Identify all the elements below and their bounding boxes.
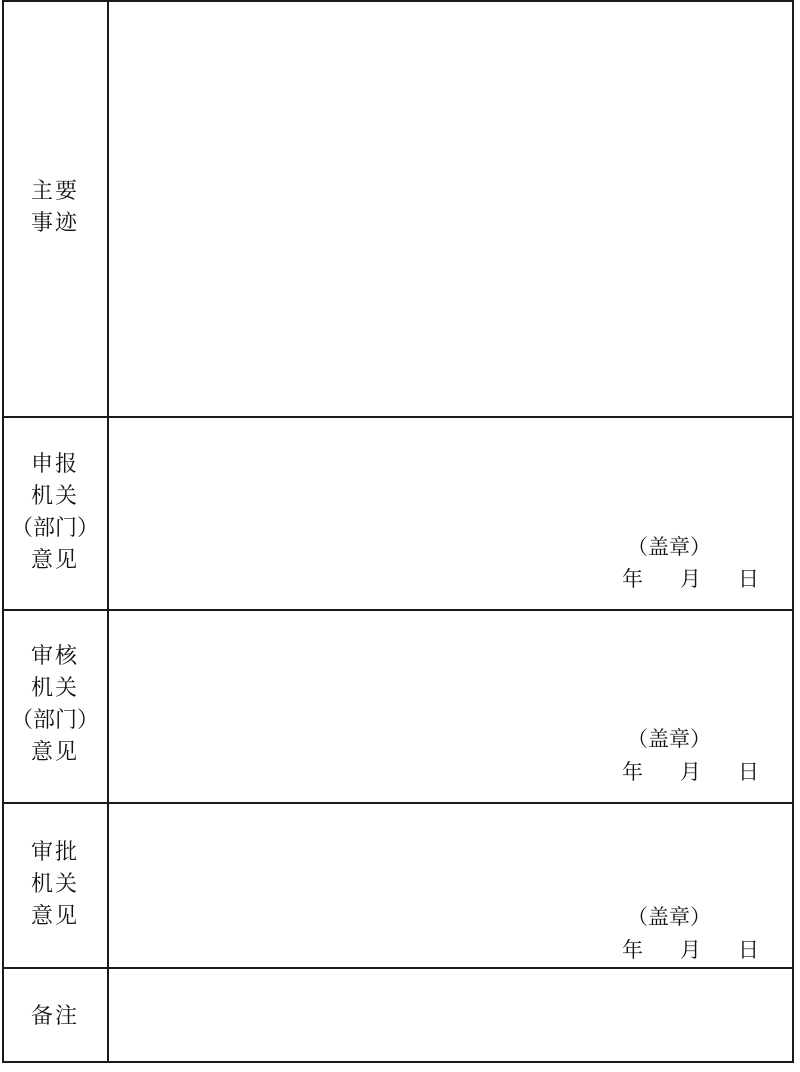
- row-label-report-opinion: 申报 机关 （部门） 意见: [2, 449, 108, 577]
- label-line: 审批: [2, 837, 108, 869]
- date-label: 年 月 日: [622, 756, 767, 788]
- label-line: 主要: [2, 176, 108, 208]
- label-line: 事迹: [2, 208, 108, 240]
- seal-label: （盖章）: [627, 531, 711, 563]
- label-line: （部门）: [2, 513, 108, 545]
- remarks-field[interactable]: [110, 969, 791, 1061]
- label-line: 备注: [2, 1001, 108, 1033]
- label-line: 机关: [2, 673, 108, 705]
- label-line: 意见: [2, 901, 108, 933]
- row-label-review-opinion: 审核 机关 （部门） 意见: [2, 641, 108, 769]
- label-line: 意见: [2, 545, 108, 577]
- date-label: 年 月 日: [622, 563, 767, 595]
- label-line: 意见: [2, 737, 108, 769]
- row-label-main-deeds: 主要 事迹: [2, 176, 108, 240]
- label-line: 机关: [2, 869, 108, 901]
- label-line: 机关: [2, 481, 108, 513]
- seal-label: （盖章）: [627, 901, 711, 933]
- row-label-approval-opinion: 审批 机关 意见: [2, 837, 108, 933]
- date-label: 年 月 日: [622, 934, 767, 966]
- table-border-right: [792, 0, 794, 1063]
- label-line: （部门）: [2, 705, 108, 737]
- label-line: 审核: [2, 641, 108, 673]
- main-deeds-field[interactable]: [110, 2, 791, 416]
- label-line: 申报: [2, 449, 108, 481]
- table-border-bottom: [2, 1061, 794, 1063]
- seal-label: （盖章）: [627, 723, 711, 755]
- row-label-remarks: 备注: [2, 1001, 108, 1033]
